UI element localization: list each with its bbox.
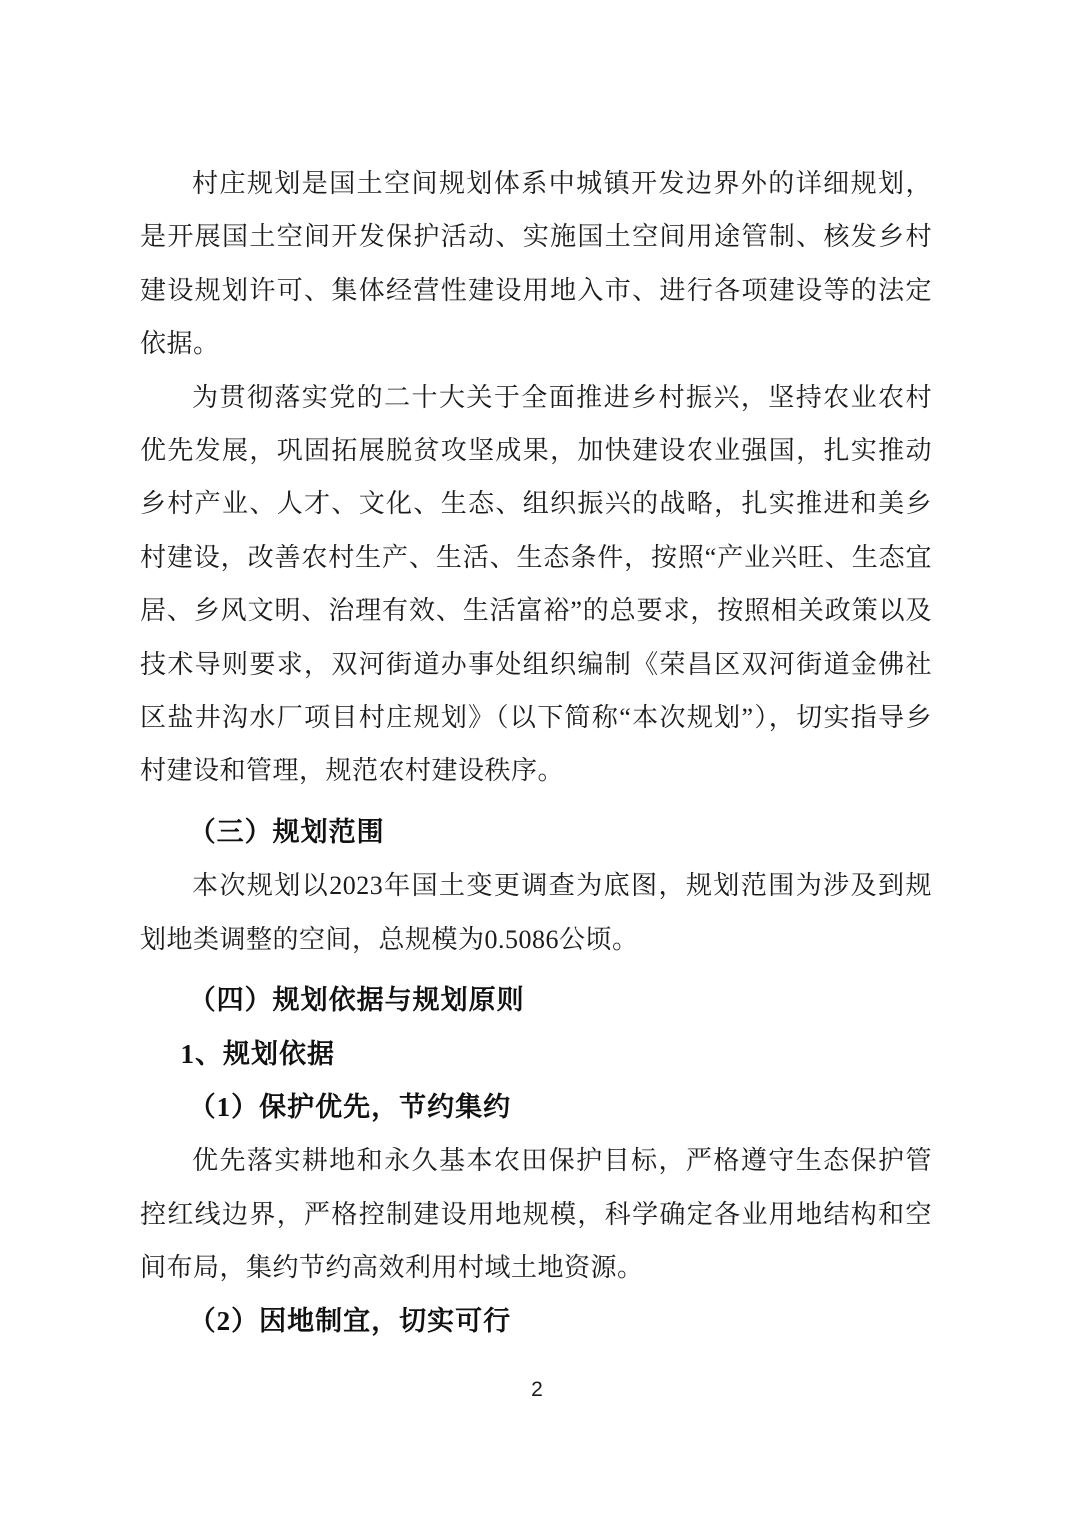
- paragraph-village-planning-basis: 村庄规划是国土空间规划体系中城镇开发边界外的详细规划，是开展国土空间开发保护活动…: [140, 157, 932, 371]
- section-heading-planning-basis-principles: （四）规划依据与规划原则: [140, 974, 932, 1027]
- page-content: 村庄规划是国土空间规划体系中城镇开发边界外的详细规划，是开展国土空间开发保护活动…: [140, 157, 932, 1348]
- sub-heading-local-conditions: （2）因地制宜，切实可行: [140, 1295, 932, 1348]
- section-heading-planning-scope: （三）规划范围: [140, 806, 932, 859]
- page-number: 2: [0, 1378, 1074, 1402]
- paragraph-planning-purpose: 为贯彻落实党的二十大关于全面推进乡村振兴，坚持农业农村优先发展，巩固拓展脱贫攻坚…: [140, 371, 932, 798]
- document-page: 村庄规划是国土空间规划体系中城镇开发边界外的详细规划，是开展国土空间开发保护活动…: [0, 0, 1074, 1520]
- paragraph-planning-scope: 本次规划以2023年国土变更调查为底图，规划范围为涉及到规划地类调整的空间，总规…: [140, 859, 932, 966]
- paragraph-protection-priority: 优先落实耕地和永久基本农田保护目标，严格遵守生态保护管控红线边界，严格控制建设用…: [140, 1134, 932, 1294]
- numbered-heading-planning-basis: 1、规划依据: [140, 1028, 932, 1081]
- sub-heading-protection-priority: （1）保护优先，节约集约: [140, 1081, 932, 1134]
